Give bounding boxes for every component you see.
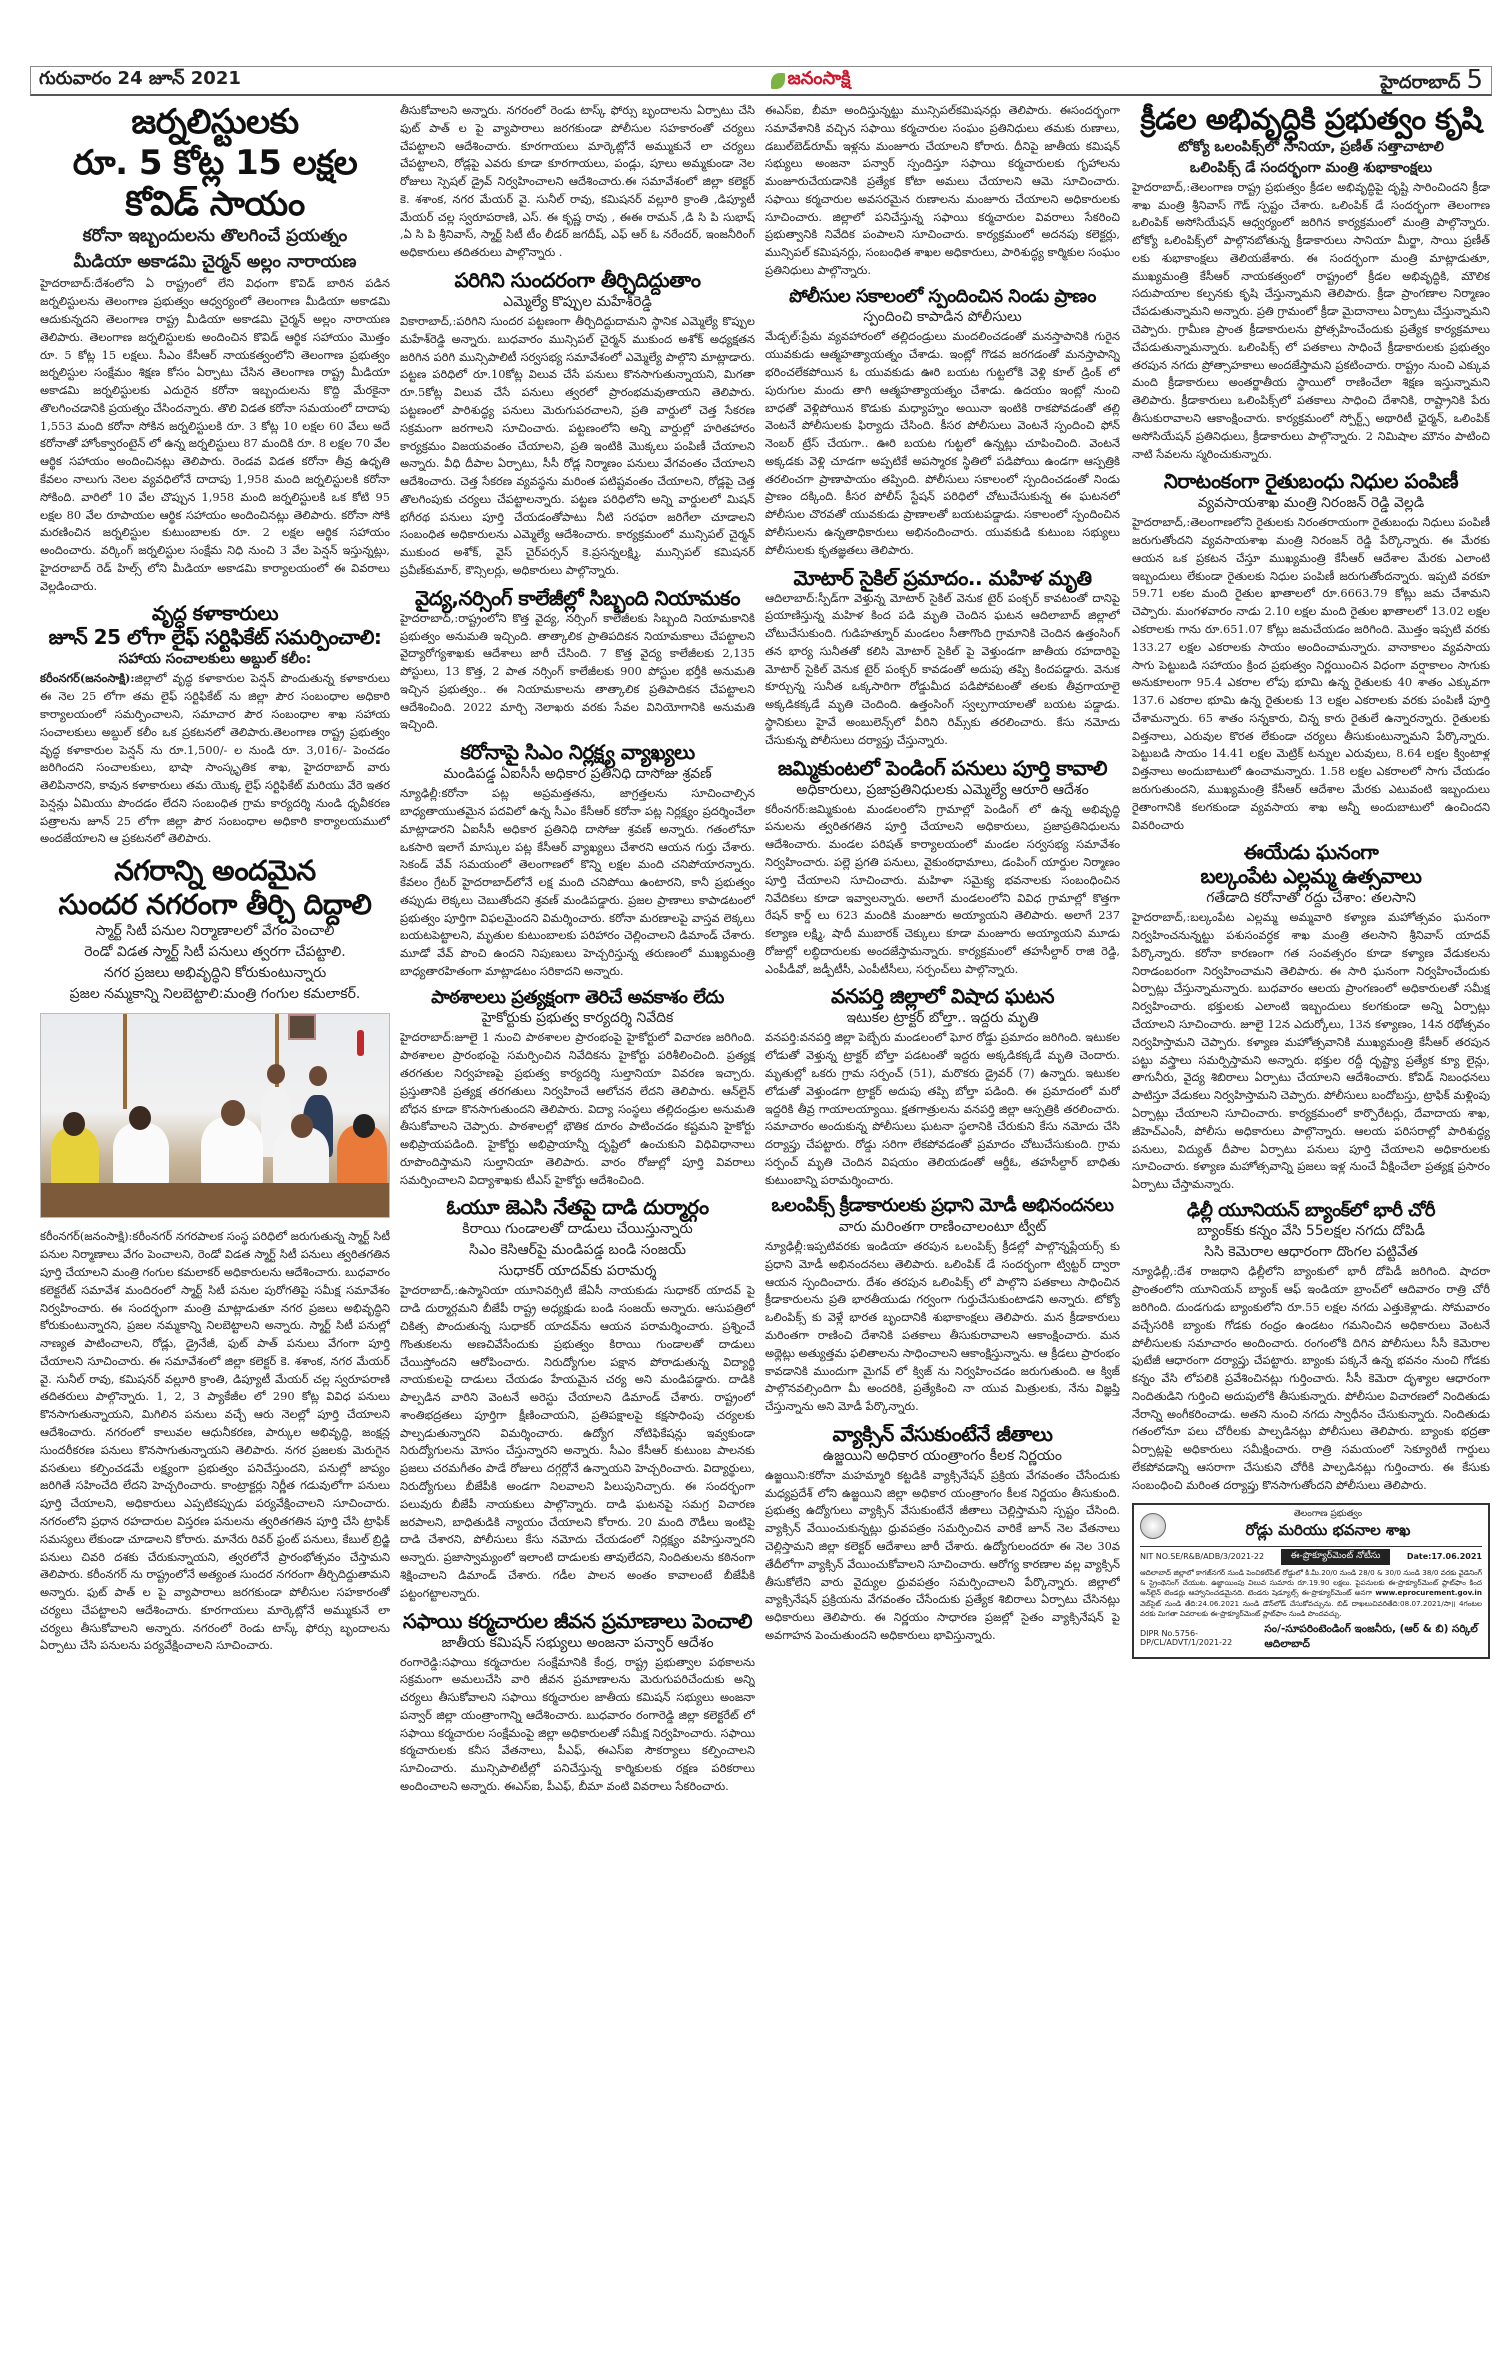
tender-notice-ad: తెలంగాణ ప్రభుత్వం రోడ్లు మరియు భవనాల శాఖ… xyxy=(1132,1503,1490,1659)
issue-date: గురువారం 24 జూన్ 2021 xyxy=(39,68,241,93)
article-vanaparthy: వనపర్తి జిల్లాలో విషాద ఘటన ఇటుకల ట్రాక్ట… xyxy=(765,984,1120,1189)
notice-gov-line: తెలంగాణ ప్రభుత్వం xyxy=(1174,1509,1482,1521)
article-subheadline: సిఎం కెసిఆర్‌పై మండిపడ్డ బండి సంజయ్ xyxy=(400,1240,755,1261)
article-headline: వైద్య,నర్సింగ్ కాలేజీల్లో సిబ్బంది నియామ… xyxy=(400,586,755,610)
article-headline: వనపర్తి జిల్లాలో విషాద ఘటన xyxy=(765,984,1120,1008)
article-subheadline: వారు మరింతగా రాణించాలంటూ ట్వీట్ xyxy=(765,1217,1120,1238)
article-subheadline: ఇటుకల ట్రాక్టర్ బోల్తా.. ఇద్దరు మృతి xyxy=(765,1008,1120,1029)
article-subheadline: ఒలింపిక్స్ డే సందర్భంగా మంత్రి శుభాకాంక్… xyxy=(1132,158,1490,179)
article-schools: పాఠశాలలు ప్రత్యక్షంగా తెరిచే అవకాశం లేదు… xyxy=(400,987,755,1190)
article-headline: వ్యాక్సిన్ వేసుకుంటేనే జీతాలు xyxy=(765,1422,1120,1446)
article-body: హైదరాబాద్,:ఉస్మానియా యూనివర్సిటీ జేఏసీ న… xyxy=(400,1282,755,1602)
article-sports: క్రీడల అభివృద్ధికి ప్రభుత్వం కృషి టోక్యో… xyxy=(1132,102,1490,463)
article-subheadline: స్మార్ట్ సిటీ పనుల నిర్మాణాలలో వేగం పెంచ… xyxy=(40,921,390,942)
article-subheadline: ఎమ్మెల్యే కొప్పుల మహేశ్‌రెడ్డి xyxy=(400,292,755,313)
article-headline: క్రీడల అభివృద్ధికి ప్రభుత్వం కృషి xyxy=(1132,102,1490,137)
section-city: హైదరాబాద్ 5 xyxy=(1380,65,1483,97)
article-subheadline: నగర ప్రజలు అభివృద్ధిని కోరుకుంటున్నారు xyxy=(40,963,390,984)
column-1: జర్నలిస్టులకు రూ. 5 కోట్ల 15 లక్షల కోవిడ… xyxy=(40,102,390,2342)
notice-date: Date:17.06.2021 xyxy=(1407,1552,1482,1561)
government-seal-icon xyxy=(1140,1513,1166,1539)
article-body: న్యూఢిల్లీ:కరోనా పట్ల అప్రమత్తతను, జాగ్ర… xyxy=(400,785,755,981)
article-city-beautification: నగరాన్ని అందమైన సుందర నగరంగా తీర్చి దిద్… xyxy=(40,854,390,1655)
logo-text: జనంసాక్షి xyxy=(788,68,851,93)
article-cm-comments: కరోనాపై సిఎం నిర్లక్ష్య వ్యాఖ్యలు మండిపడ… xyxy=(400,740,755,981)
article-headline: నిరాటంకంగా రైతుబంధు నిధుల పంపిణీ xyxy=(1132,469,1490,493)
article-subheadline: అధికారులు, ప్రజాప్రతినిధులకు ఎమ్మెల్యే ఆ… xyxy=(765,780,1120,801)
article-vaccine: వ్యాక్సిన్ వేసుకుంటేనే జీతాలు ఉజ్జయిని అ… xyxy=(765,1422,1120,1645)
article-headline: సఫాయి కర్మచారుల జీవన ప్రమాణాలు పెంచాలి xyxy=(400,1609,755,1633)
article-headline: మోటార్ సైకిల్ ప్రమాదం.. మహిళ మృతి xyxy=(765,566,1120,590)
article-body: న్యూఢిల్లీ:ఇప్పటివరకు ఇండియా తరపున ఒలంపి… xyxy=(765,1238,1120,1416)
article-body: కరీంనగర్:జమ్మికుంట మండలంలోని గ్రామాల్లో … xyxy=(765,801,1120,979)
article-subheadline: సుధాకర్ యాదవ్‌కు పరామర్శ xyxy=(400,1261,755,1282)
article-subheadline: గతేడాది కరోనాతో రద్దు చేశాం: తలసాని xyxy=(1132,888,1490,909)
meeting-photo xyxy=(40,1013,390,1218)
article-body: కరీంనగర్(జనంసాక్షి):జిల్లాలో వృద్ధ కళాకా… xyxy=(40,670,390,848)
masthead: గురువారం 24 జూన్ 2021 జనంసాక్షి హైదరాబాద… xyxy=(30,66,1492,96)
article-subheadline: వ్యవసాయశాఖ మంత్రి నిరంజన్ రెడ్డి వెల్లడి xyxy=(1132,493,1490,514)
article-body-continued: ఈఎస్ఐ, బీమా అందిస్తున్నట్టు మున్సిపల్‌కమ… xyxy=(765,102,1120,280)
article-police: పోలీసుల సకాలంలో స్పందించిన నిండు ప్రాణం … xyxy=(765,286,1120,560)
article-dateline: కరీంనగర్(జనంసాక్షి): xyxy=(40,671,135,685)
article-headline: జర్నలిస్టులకు xyxy=(40,102,390,143)
article-body: న్యూఢిల్లీ,:దేశ రాజధాని ఢిల్లీలోని బ్యాం… xyxy=(1132,1263,1490,1494)
article-body: ఉజ్జయిని:కరోనా మహమ్మారి కట్టడికి వ్యాక్స… xyxy=(765,1467,1120,1645)
article-headline: ఢిల్లీ యూనియన్ బ్యాంక్‌లో భారీ చోరీ xyxy=(1132,1200,1490,1222)
column-2: తీసుకోవాలని అన్నారు. నగరంలో రెండు టాస్క్… xyxy=(400,102,755,2342)
article-rythu-bandhu: నిరాటంకంగా రైతుబంధు నిధుల పంపిణీ వ్యవసాయ… xyxy=(1132,469,1490,834)
article-body: హైదరాబాద్:దేశంలోని ఏ రాష్ట్రంలో లేని విధ… xyxy=(40,275,390,595)
emblem-icon xyxy=(288,1014,316,1040)
article-ou-jac: ఓయూ జెఎసి నేతపై దాడి దుర్మార్గం కిరాయి గ… xyxy=(400,1195,755,1602)
article-headline: సుందర నగరంగా తీర్చి దిద్దాలి xyxy=(40,888,390,922)
leaf-icon xyxy=(771,73,785,89)
article-body: హైదరాబాద్,:బల్కంపేట ఎల్లమ్మ అమ్మవారి కళ్… xyxy=(1132,909,1490,1194)
article-headline: జూన్ 25 లోగా లైఫ్ సర్టిఫికేట్ సమర్పించాల… xyxy=(40,625,390,649)
article-subheadline: రెండో విడత స్మార్ట్ సిటీ పనులు త్వరగా చే… xyxy=(40,942,390,963)
notice-ref-no: NIT NO.SE/R&B/ADB/3/2021-22 xyxy=(1140,1552,1264,1561)
article-headline: పరిగిని సుందరంగా తీర్చిదిద్దుతాం xyxy=(400,268,755,292)
article-artists: వృద్ధ కళాకారులు జూన్ 25 లోగా లైఫ్ సర్టిఫ… xyxy=(40,601,390,848)
notice-tag: ఈ-ప్రొక్యూర్‌మెంట్ నోటీసు xyxy=(1281,1549,1391,1565)
article-body: రంగారెడ్డి:సఫాయి కర్మచారుల సంక్షేమానికి … xyxy=(400,1654,755,1796)
article-yellamma: ఈయేడు ఘనంగా బల్కంపేట ఎల్లమ్మ ఉత్సవాలు గత… xyxy=(1132,840,1490,1194)
notice-department: రోడ్లు మరియు భవనాల శాఖ xyxy=(1174,1521,1482,1543)
article-body: వనపర్తి:వనపర్తి జిల్లా పెబ్బేరు మండలంలో … xyxy=(765,1029,1120,1189)
article-subheadline: మీడియా అకాడమి చైర్మన్ అల్లం నారాయణ xyxy=(40,250,390,276)
article-body: మేడ్చల్:ప్రేమ వ్యవహారంలో తల్లిదండ్రులు మ… xyxy=(765,328,1120,559)
article-body: కరీంనగర్(జనంసాక్షి):కరీంనగర్ నగరపాలక సంస… xyxy=(40,1228,390,1655)
article-body: వికారాబాద్,:పరిగిని సుందర పట్టణంగా తీర్చ… xyxy=(400,313,755,580)
article-headline: వృద్ధ కళాకారులు xyxy=(40,601,390,625)
article-headline: ఓయూ జెఎసి నేతపై దాడి దుర్మార్గం xyxy=(400,1195,755,1219)
article-body: హైదరాబాద్,:తెలంగాణలోని రైతులకు నిరంతరాయం… xyxy=(1132,514,1490,834)
article-headline: పోలీసుల సకాలంలో స్పందించిన నిండు ప్రాణం xyxy=(765,286,1120,308)
article-parigi: పరిగిని సుందరంగా తీర్చిదిద్దుతాం ఎమ్మెల్… xyxy=(400,268,755,580)
article-subheadline: కరోనా ఇబ్బందులను తొలగించే ప్రయత్నం xyxy=(40,224,390,250)
article-subheadline: స్పందించి కాపాడిన పోలీసులు xyxy=(765,307,1120,328)
notice-text: ఆదిలాబాద్ జిల్లాలో కాగజ్‌నగర్ నుండి పెంచ… xyxy=(1140,1568,1482,1620)
article-body: హైదరాబాద్,:రాష్ట్రంలోని కొత్త వైద్య, నర్… xyxy=(400,610,755,734)
article-headline: బల్కంపేట ఎల్లమ్మ ఉత్సవాలు xyxy=(1132,864,1490,888)
article-subheadline: ఉజ్జయిని అధికార యంత్రాంగం కీలక నిర్ణయం xyxy=(765,1446,1120,1467)
article-body: హైదరాబాద్,:తెలంగాణ రాష్ట్ర ప్రభుత్వం క్ర… xyxy=(1132,179,1490,464)
city-name: హైదరాబాద్ xyxy=(1380,72,1460,97)
fire-extinguisher-icon xyxy=(357,1030,364,1056)
article-subheadline: కిరాయి గుండాలతో దాడులు చేయిస్తున్నారు xyxy=(400,1219,755,1240)
article-subheadline: హైకోర్టుకు ప్రభుత్వ కార్యదర్శి నివేదిక xyxy=(400,1008,755,1029)
newspaper-logo[interactable]: జనంసాక్షి xyxy=(771,68,851,93)
article-body-continued: తీసుకోవాలని అన్నారు. నగరంలో రెండు టాస్క్… xyxy=(400,102,755,262)
column-4: క్రీడల అభివృద్ధికి ప్రభుత్వం కృషి టోక్యో… xyxy=(1132,102,1490,2342)
article-olympics-modi: ఒలంపిక్స్ క్రీడాకారులకు ప్రధాని మోడీ అభి… xyxy=(765,1195,1120,1415)
article-subheadline: సహాయ సంచాలకులు అబ్దుల్ కలీం: xyxy=(40,649,390,670)
article-subheadline: టోక్యో ఒలంపిక్స్‌లో సానియా, ప్రణీత్ సత్త… xyxy=(1132,137,1490,158)
article-headline: పాఠశాలలు ప్రత్యక్షంగా తెరిచే అవకాశం లేదు xyxy=(400,987,755,1009)
article-subheadline: ప్రజల నమ్మకాన్ని నిలబెట్టాలి:మంత్రి గంగు… xyxy=(40,984,390,1005)
article-headline: రూ. 5 కోట్ల 15 లక్షల కోవిడ్ సాయం xyxy=(40,143,390,225)
article-body: ఆదిలాబాద్:స్పీడ్‌గా వెళ్తున్న మోటార్ సైక… xyxy=(765,590,1120,750)
article-subheadline: జాతీయ కమిషన్ సభ్యులు అంజనా పన్వార్ ఆదేశం xyxy=(400,1633,755,1654)
article-nursing-colleges: వైద్య,నర్సింగ్ కాలేజీల్లో సిబ్బంది నియామ… xyxy=(400,586,755,734)
article-headline: కరోనాపై సిఎం నిర్లక్ష్య వ్యాఖ్యలు xyxy=(400,740,755,764)
article-subheadline: బ్యాంక్‌కు కన్నం వేసి 55లక్షల నగదు దోపిడ… xyxy=(1132,1221,1490,1242)
article-body: హైదరాబాద్:జూలై 1 నుంచి పాఠశాలల ప్రారంభంప… xyxy=(400,1029,755,1189)
notice-dipr-no: DIPR No.5756-DP/CL/ADVT/1/2021-22 xyxy=(1140,1629,1264,1647)
notice-signature: సం/-సూపరింటెండింగ్ ఇంజనీరు, (ఆర్ & బి) స… xyxy=(1264,1623,1482,1653)
article-headline: నగరాన్ని అందమైన xyxy=(40,854,390,888)
page-number: 5 xyxy=(1466,65,1483,95)
article-headline: ఈయేడు ఘనంగా xyxy=(1132,840,1490,864)
article-subheadline: సిసి కెమెరాల ఆధారంగా దొంగల పట్టివేత xyxy=(1132,1242,1490,1263)
article-headline: జమ్మికుంటలో పెండింగ్ పనులు పూర్తి కావాలి xyxy=(765,756,1120,780)
article-bank-robbery: ఢిల్లీ యూనియన్ బ్యాంక్‌లో భారీ చోరీ బ్యా… xyxy=(1132,1200,1490,1495)
article-headline: ఒలంపిక్స్ క్రీడాకారులకు ప్రధాని మోడీ అభి… xyxy=(765,1195,1120,1217)
article-accident: మోటార్ సైకిల్ ప్రమాదం.. మహిళ మృతి ఆదిలాబ… xyxy=(765,566,1120,750)
notice-website-link[interactable]: www.eprocurement.gov.in xyxy=(1375,1588,1482,1597)
article-jammikunta: జమ్మికుంటలో పెండింగ్ పనులు పూర్తి కావాలి… xyxy=(765,756,1120,979)
article-safai: సఫాయి కర్మచారుల జీవన ప్రమాణాలు పెంచాలి జ… xyxy=(400,1609,755,1796)
article-subheadline: మండిపడ్డ ఏఐసీసీ అధికార ప్రతినిధి దాసోజు … xyxy=(400,764,755,785)
column-3: ఈఎస్ఐ, బీమా అందిస్తున్నట్టు మున్సిపల్‌కమ… xyxy=(765,102,1120,2342)
article-journalists: జర్నలిస్టులకు రూ. 5 కోట్ల 15 లక్షల కోవిడ… xyxy=(40,102,390,595)
